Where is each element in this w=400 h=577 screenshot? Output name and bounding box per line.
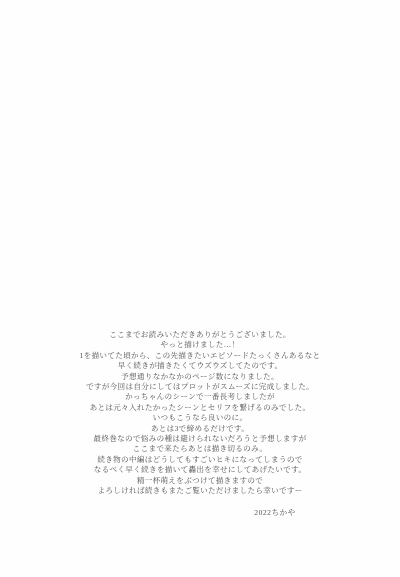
afterword-line: ですが今回は自分にしてはプロットがスムーズに完成しました。 (0, 382, 400, 392)
afterword-line: ここまで来たらあとは描き切るのみ。 (0, 444, 400, 454)
scanned-page: ここまでお読みいただきありがとうございました。 やっと描けました…！ 1を描いて… (0, 0, 400, 577)
afterword-line: あとは元々入れたかったシーンとセリフを繋げるのみでした。 (0, 403, 400, 413)
afterword-line: 1を描いてた頃から、この先描きたいエピソードたっくさんあるなと (0, 351, 400, 361)
afterword-line: 精一杯萌えをぶつけて描きますので (0, 476, 400, 486)
afterword-line: いつもこうなら良いのに。 (0, 413, 400, 423)
afterword-line: 予想通りなかなかのページ数になりました。 (0, 372, 400, 382)
afterword-line: あとは3で締めるだけです。 (0, 424, 400, 434)
afterword-line: やっと描けました…！ (0, 340, 400, 350)
afterword-line: ここまでお読みいただきありがとうございました。 (0, 330, 400, 340)
afterword-line: 早く続きが描きたくてウズウズしてたのです。 (0, 361, 400, 371)
afterword-line: かっちゃんのシーンで一番長考しましたが (0, 392, 400, 402)
afterword-line: なるべく早く続きを描いて轟出を幸せにしてあげたいです。 (0, 465, 400, 475)
afterword-text-block: ここまでお読みいただきありがとうございました。 やっと描けました…！ 1を描いて… (0, 330, 400, 497)
afterword-line: よろしければ続きもまたご覧いただけましたら幸いですー (0, 486, 400, 496)
afterword-line: 続き物の中編はどうしてもすごいヒキになってしまうので (0, 455, 400, 465)
author-signature: 2022ちかや (0, 507, 400, 518)
afterword-line: 最終巻なので悩みの種は避けられないだろうと予想しますが (0, 434, 400, 444)
